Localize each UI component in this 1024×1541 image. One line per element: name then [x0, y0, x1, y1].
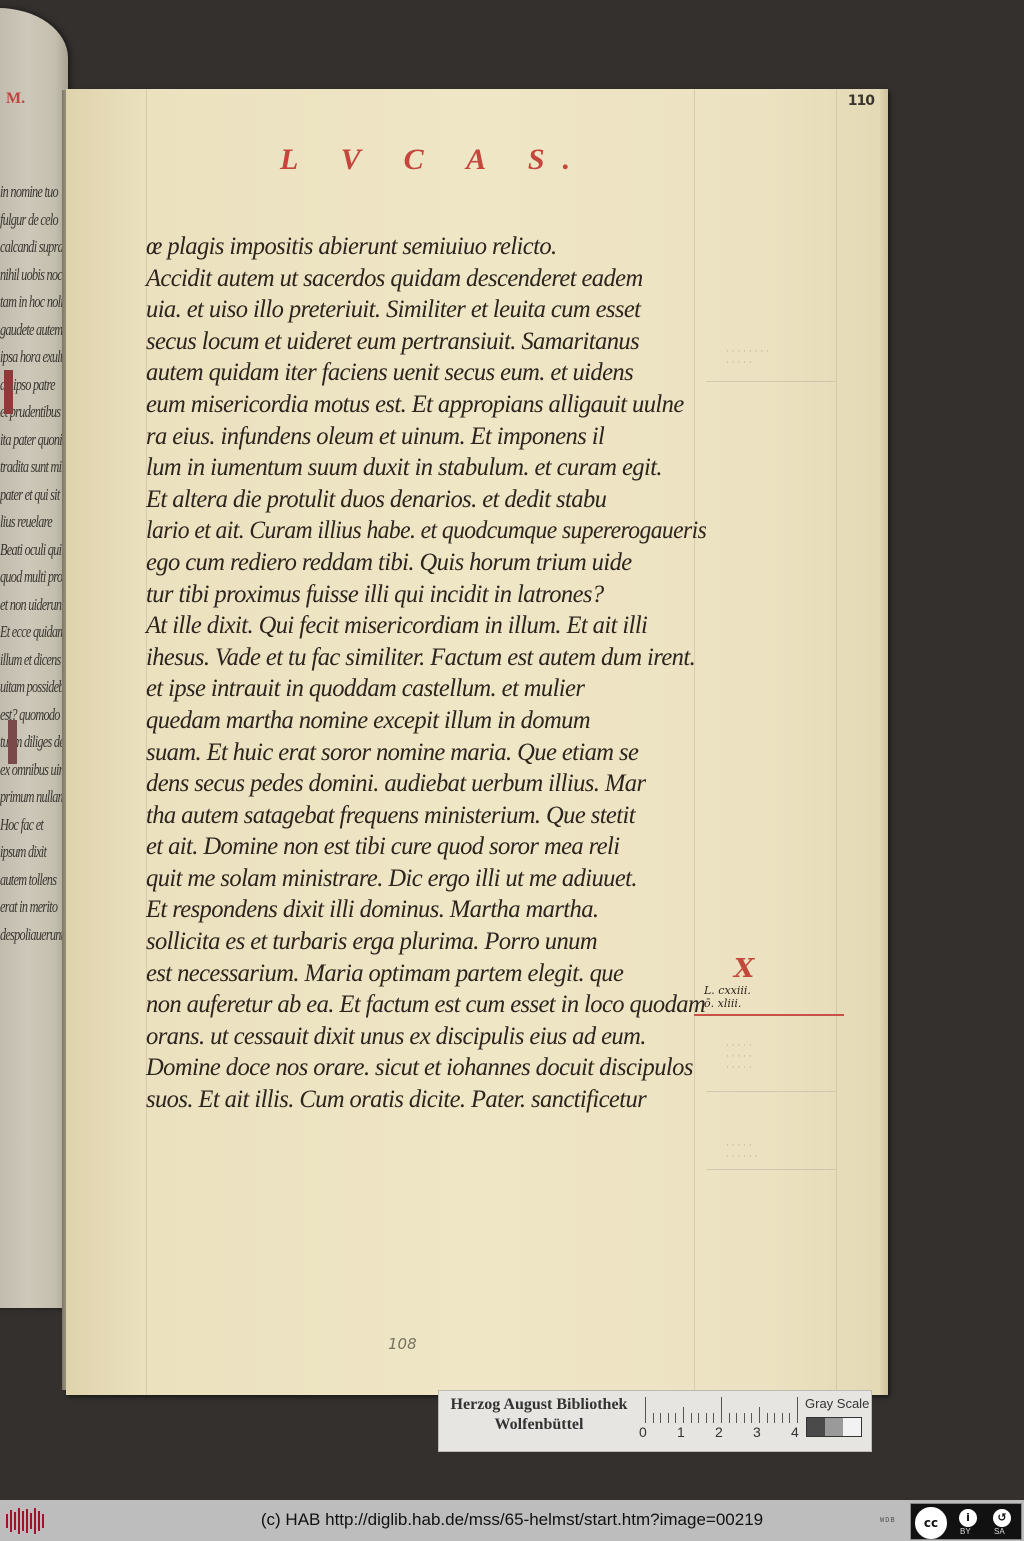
- show-through-rule: [706, 381, 836, 382]
- by-label: BY: [960, 1527, 971, 1536]
- ruler-label: 0: [639, 1424, 647, 1440]
- text-line: suam. Et huic erat soror nomine maria. Q…: [146, 737, 706, 769]
- facing-line: tam in hoc nolite: [0, 288, 48, 316]
- cm-ruler: [645, 1397, 797, 1423]
- running-title: L V C A S.: [280, 143, 588, 177]
- text-line: lario et ait. Curam illius habe. et quod…: [146, 515, 683, 547]
- folio-page: 110 L V C A S. œ plagis impositis abieru…: [66, 89, 888, 1395]
- facing-line: pater et qui sit: [0, 481, 48, 509]
- text-line: sollicita es et turbaris erga plurima. P…: [146, 926, 706, 958]
- show-through-note: · · · · ·· · · · ·· · · · ·: [726, 1041, 752, 1074]
- text-line: non auferetur ab ea. Et factum est cum e…: [146, 989, 706, 1021]
- marginal-canon-note: X L. cxxiii. ō. xliii.: [694, 954, 864, 1016]
- red-initial-mark: [4, 370, 13, 414]
- ruler-label: 1: [677, 1424, 685, 1440]
- gray-scale-label: Gray Scale: [805, 1396, 869, 1411]
- show-through-rule: [706, 1091, 836, 1092]
- text-line: ego cum rediero reddam tibi. Quis horum …: [146, 547, 706, 579]
- text-line: secus locum et uideret eum pertransiuit.…: [146, 326, 706, 358]
- canon-mark: X: [734, 954, 864, 984]
- color-reference-bar: Herzog August Bibliothek Wolfenbüttel 0 …: [438, 1390, 872, 1452]
- text-line: orans. ut cessauit dixit unus ex discipu…: [146, 1021, 706, 1053]
- facing-line: quod multi prophete: [0, 563, 48, 591]
- canon-line-1: L. cxxiii.: [704, 984, 864, 997]
- text-line: eum misericordia motus est. Et appropian…: [146, 389, 706, 421]
- facing-line: fulgur de celo: [0, 206, 48, 234]
- show-through-note: · · · · ·· · · · · ·: [726, 1141, 757, 1163]
- facing-line: tradita sunt mihi: [0, 453, 48, 481]
- text-line: et ait. Domine non est tibi cure quod so…: [146, 831, 706, 863]
- text-line: Accidit autem ut sacerdos quidam descend…: [146, 263, 706, 295]
- facing-page-text: in nomine tuo fulgur de celo calcandi su…: [0, 178, 66, 948]
- cc-license-badge[interactable]: cc i ↺ BY SA: [910, 1503, 1022, 1540]
- text-line: lum in iumentum suum duxit in stabulum. …: [146, 452, 706, 484]
- text-line: Et respondens dixit illi dominus. Martha…: [146, 894, 706, 926]
- text-line: dens secus pedes domini. audiebat uerbum…: [146, 768, 706, 800]
- text-line: Domine doce nos orare. sicut et iohannes…: [146, 1052, 706, 1084]
- facing-line: Et ecce quidam: [0, 618, 48, 646]
- facing-line: uitam possidebo: [0, 673, 48, 701]
- text-line: suos. Et ait illis. Cum oratis dicite. P…: [146, 1084, 706, 1116]
- text-line: est necessarium. Maria optimam partem el…: [146, 958, 706, 990]
- red-initial-mark: [8, 720, 17, 764]
- ruler-label: 3: [753, 1424, 761, 1440]
- facing-line: ita pater quoniam: [0, 426, 48, 454]
- text-line: tha autem satagebat frequens ministerium…: [146, 800, 706, 832]
- canon-rule: [694, 1014, 844, 1016]
- facing-line: et non uiderunt: [0, 591, 48, 619]
- wdb-mark: WDB: [880, 1516, 896, 1524]
- text-line: Et altera die protulit duos denarios. et…: [146, 484, 706, 516]
- text-line: At ille dixit. Qui fecit misericordiam i…: [146, 610, 706, 642]
- facing-line: illum et dicens: [0, 646, 48, 674]
- gray-swatch-light: [843, 1418, 861, 1436]
- institution-name: Herzog August Bibliothek Wolfenbüttel: [439, 1395, 639, 1435]
- text-column: œ plagis impositis abierunt semiuiuo rel…: [146, 231, 716, 1116]
- folio-number: 110: [848, 93, 874, 109]
- text-line: tur tibi proximus fuisse illi qui incidi…: [146, 579, 706, 611]
- text-line: œ plagis impositis abierunt semiuiuo rel…: [146, 231, 706, 263]
- facing-line: Hoc fac et: [0, 811, 48, 839]
- facing-line: gaudete autem: [0, 316, 48, 344]
- gray-scale-swatches: [806, 1417, 862, 1437]
- show-through-rule: [706, 1169, 836, 1170]
- gray-swatch-dark: [807, 1418, 825, 1436]
- facing-line: nihil uobis nocebit: [0, 261, 48, 289]
- institution-line-2: Wolfenbüttel: [439, 1415, 639, 1435]
- institution-line-1: Herzog August Bibliothek: [439, 1395, 639, 1415]
- ruler-label: 2: [715, 1424, 723, 1440]
- facing-line: calcandi supra: [0, 233, 48, 261]
- ruler-label: 4: [791, 1424, 799, 1440]
- text-line: ihesus. Vade et tu fac similiter. Factum…: [146, 642, 706, 674]
- facing-page-mark: M.: [6, 90, 25, 108]
- facing-line: erat in merito: [0, 893, 48, 921]
- copyright-link[interactable]: (c) HAB http://diglib.hab.de/mss/65-helm…: [0, 1510, 1024, 1530]
- sa-label: SA: [994, 1527, 1005, 1536]
- page-edge: [880, 89, 888, 1395]
- facing-line: primum nullam: [0, 783, 48, 811]
- canon-line-2: ō. xliii.: [704, 997, 864, 1010]
- ruling-line: [836, 89, 837, 1395]
- pencil-page-number: 108: [388, 1335, 417, 1353]
- cc-icon: cc: [915, 1507, 947, 1539]
- show-through-note: · · · · · · · ·· · · · ·: [726, 347, 769, 369]
- facing-line: ipsa hora exultauit: [0, 343, 48, 371]
- facing-line: autem tollens: [0, 866, 48, 894]
- text-line: et ipse intrauit in quoddam castellum. e…: [146, 673, 706, 705]
- text-line: uia. et uiso illo preteriuit. Similiter …: [146, 294, 706, 326]
- facing-line: lius reuelare: [0, 508, 48, 536]
- facing-line: despoliauerunt: [0, 921, 48, 949]
- text-line: autem quidam iter faciens uenit secus eu…: [146, 357, 706, 389]
- facing-line: in nomine tuo: [0, 178, 48, 206]
- gray-swatch-mid: [825, 1418, 843, 1436]
- share-alike-icon: ↺: [991, 1507, 1013, 1529]
- attribution-icon: i: [957, 1507, 979, 1529]
- text-line: quedam martha nomine excepit illum in do…: [146, 705, 706, 737]
- text-line: ra eius. infundens oleum et uinum. Et im…: [146, 421, 706, 453]
- footer-bar: (c) HAB http://diglib.hab.de/mss/65-helm…: [0, 1500, 1024, 1541]
- manuscript-scan: M. in nomine tuo fulgur de celo calcandi…: [0, 0, 1024, 1500]
- text-line: quit me solam ministrare. Dic ergo illi …: [146, 863, 706, 895]
- facing-page-left: M. in nomine tuo fulgur de celo calcandi…: [0, 8, 68, 1308]
- facing-line: Beati oculi qui: [0, 536, 48, 564]
- facing-line: ipsum dixit: [0, 838, 48, 866]
